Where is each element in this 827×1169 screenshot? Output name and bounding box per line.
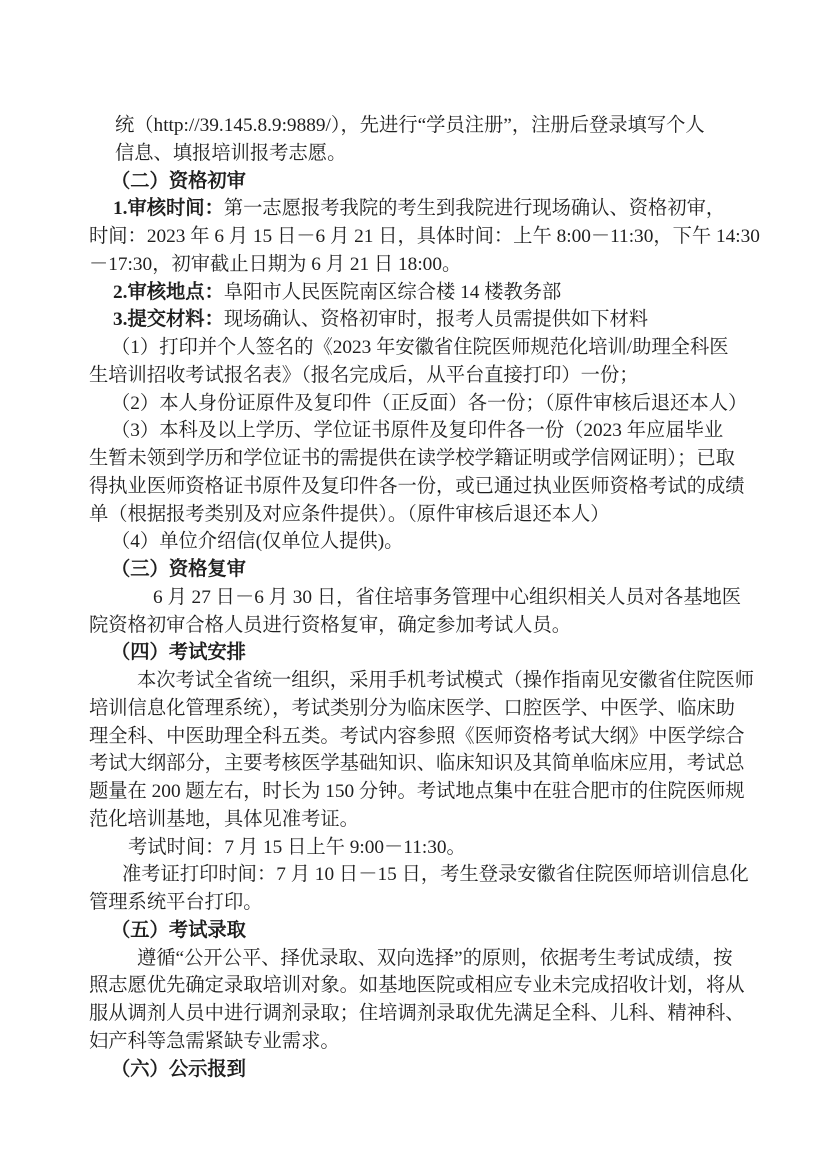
document-line: 2.审核地点：阜阳市人民医院南区综合楼 14 楼教务部 [113, 279, 741, 307]
document-line: 准考证打印时间：7 月 10 日－15 日，考生登录安徽省住院医师培训信息化 [122, 861, 741, 889]
document-line: 6 月 27 日－6 月 30 日，省住培事务管理中心组织相关人员对各基地医 [153, 584, 741, 612]
document-page: 统（http://39.145.8.9:9889/），先进行“学员注册”，注册后… [0, 0, 827, 1169]
document-line: 范化培训基地，具体见准考证。 [89, 806, 741, 834]
section-heading: （五）考试录取 [111, 917, 741, 945]
section-heading: （六）公示报到 [111, 1056, 741, 1084]
document-line: 3.提交材料：现场确认、资格初审时，报考人员需提供如下材料 [113, 306, 741, 334]
document-line: 妇产科等急需紧缺专业需求。 [89, 1028, 741, 1056]
document-line: 管理系统平台打印。 [89, 889, 741, 917]
document-line: 生培训招收考试报名表》（报名完成后，从平台直接打印）一份； [89, 362, 741, 390]
section-heading: （四）考试安排 [111, 639, 741, 667]
document-line: 1.审核时间：第一志愿报考我院的考生到我院进行现场确认、资格初审， [113, 195, 741, 223]
line-bold-prefix: 3.提交材料： [113, 309, 224, 330]
document-line: （4）单位介绍信(仅单位人提供)。 [111, 528, 741, 556]
document-line: 服从调剂人员中进行调剂录取；住培调剂录取优先满足全科、儿科、精神科、 [89, 1000, 741, 1028]
document-line: 统（http://39.145.8.9:9889/），先进行“学员注册”，注册后… [115, 112, 741, 140]
document-line: （3）本科及以上学历、学位证书原件及复印件各一份（2023 年应届毕业 [111, 417, 741, 445]
section-heading: （二）资格初审 [111, 168, 741, 196]
document-line: 单（根据报考类别及对应条件提供）。（原件审核后退还本人） [89, 501, 741, 529]
document-line: 院资格初审合格人员进行资格复审，确定参加考试人员。 [89, 612, 741, 640]
document-text-block: 统（http://39.145.8.9:9889/），先进行“学员注册”，注册后… [89, 112, 741, 1083]
document-line: 题量在 200 题左右，时长为 150 分钟。考试地点集中在驻合肥市的住院医师规 [89, 778, 741, 806]
document-line: －17:30，初审截止日期为 6 月 21 日 18:00。 [89, 251, 741, 279]
document-line: 照志愿优先确定录取培训对象。如基地医院或相应专业未完成招收计划，将从 [89, 972, 741, 1000]
document-line: 时间：2023 年 6 月 15 日－6 月 21 日，具体时间：上午 8:00… [89, 223, 741, 251]
line-bold-prefix: 2.审核地点： [113, 282, 224, 303]
document-line: （2）本人身份证原件及复印件（正反面）各一份；（原件审核后退还本人） [111, 390, 741, 418]
document-line: 理全科、中医助理全科五类。考试内容参照《医师资格考试大纲》中医学综合 [89, 723, 741, 751]
document-line: 得执业医师资格证书原件及复印件各一份，或已通过执业医师资格考试的成绩 [89, 473, 741, 501]
line-bold-prefix: 1.审核时间： [113, 198, 224, 219]
document-line: 本次考试全省统一组织，采用手机考试模式（操作指南见安徽省住院医师 [137, 667, 741, 695]
document-line: （1）打印并个人签名的《2023 年安徽省住院医师规范化培训/助理全科医 [111, 334, 741, 362]
section-heading: （三）资格复审 [111, 556, 741, 584]
document-line: 信息、填报培训报考志愿。 [115, 140, 741, 168]
document-line: 遵循“公开公平、择优录取、双向选择”的原则，依据考生考试成绩，按 [137, 945, 741, 973]
document-line: 生暂未领到学历和学位证书的需提供在读学校学籍证明或学信网证明）；已取 [89, 445, 741, 473]
document-line: 培训信息化管理系统），考试类别分为临床医学、口腔医学、中医学、临床助 [89, 695, 741, 723]
document-line: 考试大纲部分，主要考核医学基础知识、临床知识及其简单临床应用，考试总 [89, 750, 741, 778]
document-line: 考试时间：7 月 15 日上午 9:00－11:30。 [128, 834, 741, 862]
